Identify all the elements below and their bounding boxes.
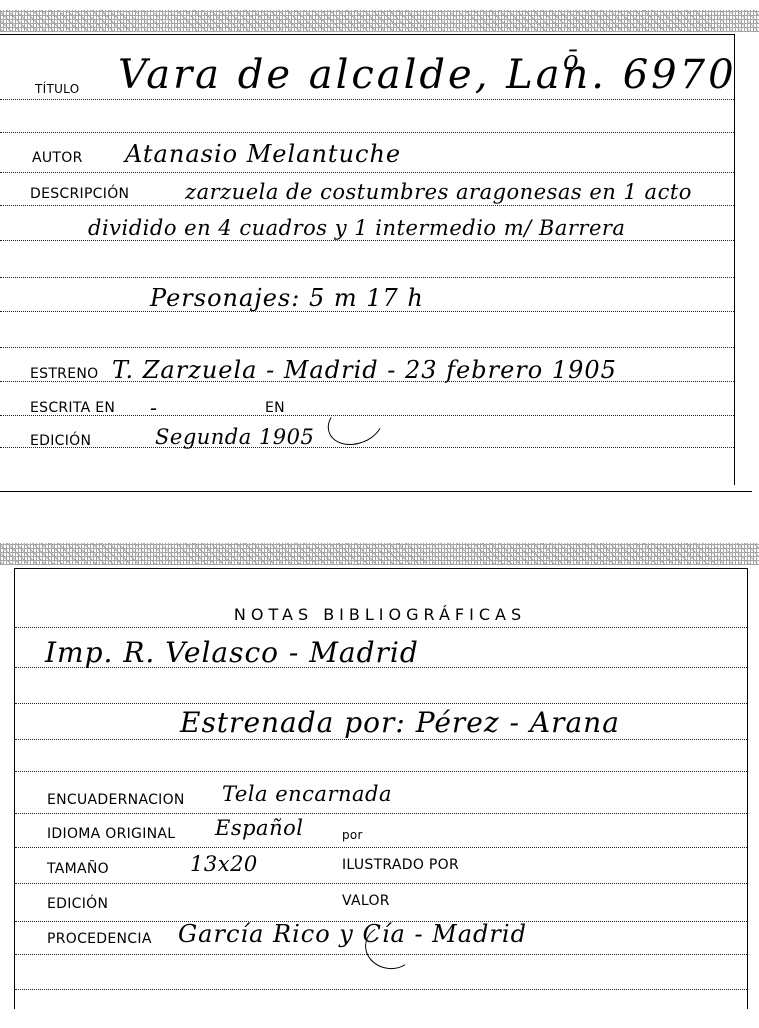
rule-line (0, 240, 734, 241)
rule-line (0, 99, 734, 100)
value-edicion: Segunda 1905 (155, 425, 314, 449)
value-procedencia: García Rico y Cía - Madrid (178, 920, 527, 948)
rule-line (0, 347, 734, 348)
rule-line (15, 771, 747, 772)
notas-heading: NOTAS BIBLIOGRÁFICAS (14, 605, 746, 624)
label-procedencia: PROCEDENCIA (47, 931, 152, 947)
label-escrita-en: ESCRITA EN (30, 400, 115, 416)
value-titulo-mark: ō (563, 46, 579, 76)
scan-noise-top (0, 10, 759, 32)
value-tamano: 13x20 (190, 852, 258, 876)
card-bottom-edge (0, 491, 752, 492)
label-encuadernacion: ENCUADERNACION (47, 792, 185, 808)
label-autor: AUTOR (32, 150, 83, 166)
label-ilustrado-por: ILUSTRADO POR (342, 857, 459, 873)
scan-noise-middle (0, 543, 759, 565)
rule-line (15, 847, 747, 848)
label-idioma-original: IDIOMA ORIGINAL (47, 826, 175, 842)
label-estreno: ESTRENO (30, 366, 98, 382)
label-tamano: TAMAÑO (47, 861, 109, 877)
label-valor: VALOR (342, 893, 390, 909)
value-idioma-original: Español (215, 816, 303, 840)
value-estreno: T. Zarzuela - Madrid - 23 febrero 1905 (112, 356, 617, 384)
value-descripcion-line2: dividido en 4 cuadros y 1 intermedio m/ … (88, 216, 625, 240)
label-en: EN (265, 400, 285, 416)
rule-line (0, 447, 734, 448)
rule-line (15, 627, 747, 628)
label-descripcion: DESCRIPCIÓN (30, 186, 129, 202)
label-por: por (342, 828, 363, 842)
value-personajes: Personajes: 5 m 17 h (150, 284, 424, 312)
value-titulo: Vara de alcalde, Lan. 6970 (118, 52, 737, 98)
rule-line (0, 132, 734, 133)
rule-line (0, 172, 734, 173)
rule-line (0, 277, 734, 278)
rule-line (15, 703, 747, 704)
rule-line (15, 883, 747, 884)
label-edicion-back: EDICIÓN (47, 896, 108, 912)
value-autor: Atanasio Melantuche (125, 140, 401, 168)
note-imprenta: Imp. R. Velasco - Madrid (45, 636, 419, 669)
label-edicion: EDICIÓN (30, 433, 91, 449)
rule-line (15, 739, 747, 740)
label-titulo: TÍTULO (35, 82, 80, 96)
value-escrita-en: - (150, 396, 158, 420)
rule-line (15, 813, 747, 814)
rule-line (0, 205, 734, 206)
rule-line (15, 989, 747, 990)
value-descripcion-line1: zarzuela de costumbres aragonesas en 1 a… (185, 180, 692, 204)
value-encuadernacion: Tela encarnada (222, 782, 392, 806)
note-estrenada: Estrenada por: Pérez - Arana (180, 706, 620, 739)
